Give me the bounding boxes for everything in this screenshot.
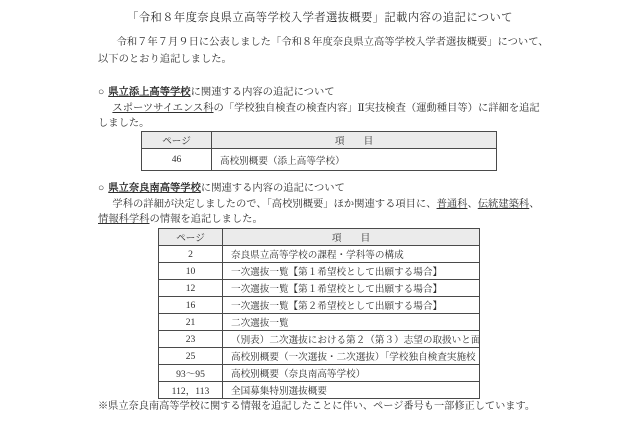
body-text: の情報を追記しました。: [149, 214, 262, 225]
page-cell: 21: [159, 314, 223, 331]
page-cell: 2: [159, 246, 223, 263]
page-column-header: ページ: [159, 229, 223, 246]
body-line-2: 情報科学科の情報を追記しました。: [98, 213, 560, 228]
body-line-1: スポーツサイエンス科の「学校独自検査の検査内容」Ⅱ実技検査（運動種目等）に詳細を…: [98, 102, 560, 117]
body-line-2: しました。: [98, 117, 560, 132]
page-cell: 12: [159, 280, 223, 297]
page-cell: 25: [159, 348, 223, 365]
item-cell: 奈良県立高等学校の課程・学科等の構成: [223, 246, 480, 263]
item-cell: 一次選抜一覧【第１希望校として出願する場合】: [223, 263, 480, 280]
section-heading: ○県立奈良南高等学校に関連する内容の追記について: [98, 182, 560, 196]
school-name: 県立奈良南高等学校: [108, 183, 201, 194]
body-text: 学科の詳細が決定しましたので、「高校別概要」ほか関連する項目に、: [112, 199, 436, 210]
body-text: の「学校独自検査の検査内容」Ⅱ実技検査（運動種目等）に詳細を追記: [214, 103, 540, 114]
dept-name: スポーツサイエンス科: [112, 103, 213, 114]
table-row: 23 （別表）二次選抜における第２（第３）志望の取扱いと面接について: [159, 331, 480, 348]
intro-line-1: 令和７年７月９日に公表しました「令和８年度奈良県立高等学校入学者選抜概要」につい…: [98, 34, 558, 51]
section-heading: ○県立添上高等学校に関連する内容の追記について: [98, 86, 560, 100]
dept-name-dentokenchiku: 伝統建築科: [478, 199, 529, 210]
body-text: 、: [529, 199, 539, 210]
page-cell: 23: [159, 331, 223, 348]
item-column-header: 項 目: [212, 132, 497, 149]
school-name: 県立添上高等学校: [108, 87, 190, 98]
intro-line-2: 以下のとおり追記しました。: [98, 51, 558, 68]
table-row: 25 高校別概要（一次選抜・二次選抜）「学校独自検査実施校（○印）」: [159, 348, 480, 365]
section-soekami: ○県立添上高等学校に関連する内容の追記について スポーツサイエンス科の「学校独自…: [98, 86, 560, 131]
item-cell: 一次選抜一覧【第２希望校として出願する場合】: [223, 297, 480, 314]
document-page: 「令和８年度奈良県立高等学校入学者選抜概要」記載内容の追記について 令和７年７月…: [0, 0, 640, 426]
body-text: 、: [467, 199, 477, 210]
table-row: 46 高校別概要（添上高等学校）: [142, 149, 497, 171]
dept-name-futsuka: 普通科: [437, 199, 468, 210]
page-cell: 10: [159, 263, 223, 280]
page-cell: 112，113: [159, 382, 223, 399]
table-row: 16 一次選抜一覧【第２希望校として出願する場合】: [159, 297, 480, 314]
item-column-header: 項 目: [223, 229, 480, 246]
circle-bullet-icon: ○: [98, 87, 104, 98]
footnote: ※県立奈良南高等学校に関する情報を追記したことに伴い、ページ番号も一部修正してい…: [98, 397, 568, 412]
page-cell: 16: [159, 297, 223, 314]
table-row: 93～95 高校別概要（奈良南高等学校）: [159, 365, 480, 382]
table-header-row: ページ 項 目: [159, 229, 480, 246]
heading-suffix: に関連する内容の追記について: [191, 87, 335, 98]
item-cell: 一次選抜一覧【第１希望校として出願する場合】: [223, 280, 480, 297]
item-cell: （別表）二次選抜における第２（第３）志望の取扱いと面接について: [223, 331, 480, 348]
item-cell: 全国募集特別選抜概要: [223, 382, 480, 399]
item-cell: 高校別概要（一次選抜・二次選抜）「学校独自検査実施校（○印）」: [223, 348, 480, 365]
section-body: スポーツサイエンス科の「学校独自検査の検査内容」Ⅱ実技検査（運動種目等）に詳細を…: [98, 102, 560, 131]
table-header-row: ページ 項 目: [142, 132, 497, 149]
section-naraminami: ○県立奈良南高等学校に関連する内容の追記について 学科の詳細が決定しましたので、…: [98, 182, 560, 227]
section-body: 学科の詳細が決定しましたので、「高校別概要」ほか関連する項目に、普通科、伝統建築…: [98, 198, 560, 227]
page-cell: 93～95: [159, 365, 223, 382]
page-title: 「令和８年度奈良県立高等学校入学者選抜概要」記載内容の追記について: [0, 9, 640, 25]
item-cell: 高校別概要（奈良南高等学校）: [223, 365, 480, 382]
table-row: 2 奈良県立高等学校の課程・学科等の構成: [159, 246, 480, 263]
page-cell: 46: [142, 149, 212, 171]
summary-table-soekami: ページ 項 目 46 高校別概要（添上高等学校）: [141, 131, 497, 171]
body-line-1: 学科の詳細が決定しましたので、「高校別概要」ほか関連する項目に、普通科、伝統建築…: [98, 198, 560, 213]
table-row: 21 二次選抜一覧: [159, 314, 480, 331]
page-column-header: ページ: [142, 132, 212, 149]
dept-name-johokagaku: 情報科学科: [98, 214, 149, 225]
intro-paragraph: 令和７年７月９日に公表しました「令和８年度奈良県立高等学校入学者選抜概要」につい…: [98, 34, 558, 68]
table-row: 10 一次選抜一覧【第１希望校として出願する場合】: [159, 263, 480, 280]
heading-suffix: に関連する内容の追記について: [201, 183, 345, 194]
circle-bullet-icon: ○: [98, 183, 104, 194]
table-row: 112，113 全国募集特別選抜概要: [159, 382, 480, 399]
table-row: 12 一次選抜一覧【第１希望校として出願する場合】: [159, 280, 480, 297]
summary-table-naraminami: ページ 項 目 2 奈良県立高等学校の課程・学科等の構成 10 一次選抜一覧【第…: [158, 228, 480, 399]
item-cell: 高校別概要（添上高等学校）: [212, 149, 497, 171]
item-cell: 二次選抜一覧: [223, 314, 480, 331]
body-text: しました。: [98, 118, 149, 129]
